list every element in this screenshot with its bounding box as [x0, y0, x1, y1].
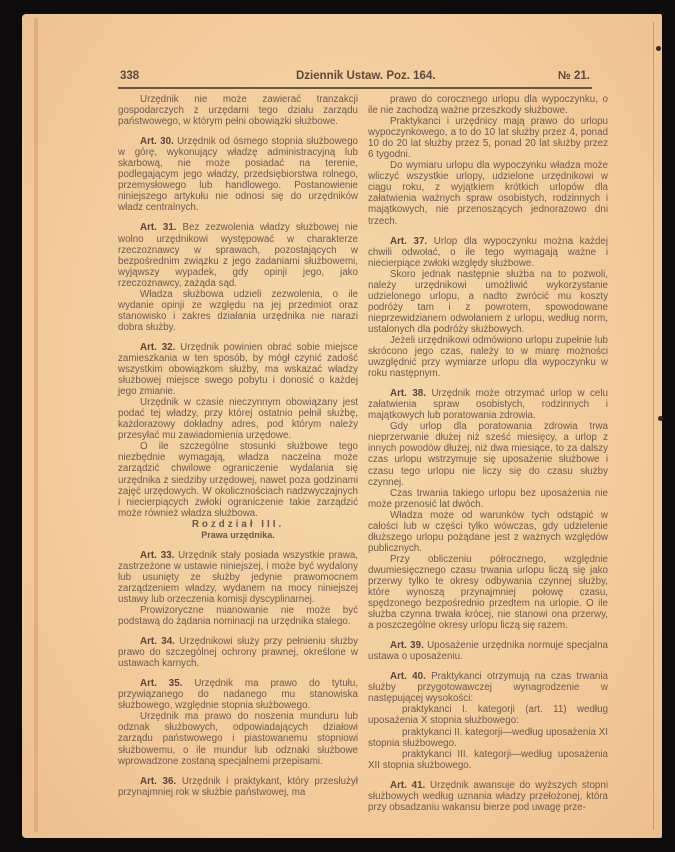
page-edge-shadow	[34, 18, 38, 832]
header-rule	[118, 87, 592, 89]
article-number: Art. 34.	[140, 636, 175, 647]
paragraph: Czas trwania takiego urlopu bez uposażen…	[368, 488, 608, 510]
article-paragraph: Art. 32. Urzędnik powinien obrać sobie m…	[118, 342, 358, 397]
issue-number: № 21.	[558, 70, 590, 82]
paragraph: Do wymiaru urlopu dla wypoczynku władza …	[368, 160, 608, 226]
article-text: Urzędnik od ósmego stopnia służbowego w …	[118, 136, 358, 213]
article-paragraph: Art. 37. Urlop dla wypoczynku można każd…	[368, 236, 608, 269]
article-number: Art. 30.	[140, 136, 174, 147]
paragraph: O ile szczególne stosunki służbowe tego …	[118, 441, 358, 518]
binding-hole-icon	[656, 46, 661, 51]
paragraph: Praktykanci i urzędnicy mają prawo do ur…	[368, 116, 608, 160]
article-paragraph: Art. 36. Urzędnik i praktykant, który pr…	[118, 776, 358, 798]
paragraph: Gdy urlop dla poratowania zdrowia trwa n…	[368, 421, 608, 487]
article-number: Art. 38.	[390, 388, 426, 399]
article-paragraph: Art. 41. Urzędnik awansuje do wyższych s…	[368, 780, 608, 813]
article-number: Art. 32.	[140, 342, 175, 353]
article-number: Art. 41.	[390, 780, 425, 791]
paragraph: Jeżeli urzędnikowi odmówiono urlopu zupe…	[368, 335, 608, 379]
right-column: prawo do corocznego urlopu dla wypoczynk…	[368, 94, 608, 813]
article-paragraph: Art. 39. Uposażenie urzędnika normuje sp…	[368, 640, 608, 662]
paragraph: prawo do corocznego urlopu dla wypoczynk…	[368, 94, 608, 116]
binding-hole-icon	[658, 416, 663, 421]
article-number: Art. 33.	[140, 550, 174, 561]
page-number: 338	[120, 70, 139, 82]
list-item: praktykanci III. kategorji—według uposaż…	[368, 749, 608, 771]
left-column: Urzędnik nie może zawierać tranzakcji go…	[118, 94, 358, 798]
article-paragraph: Art. 30. Urzędnik od ósmego stopnia służ…	[118, 136, 358, 213]
paragraph: Przy obliczeniu półrocznego, względnie d…	[368, 554, 608, 631]
paragraph: Władza może od warunków tych odstąpić w …	[368, 510, 608, 554]
article-paragraph: Art. 34. Urzędnikowi służy przy pełnieni…	[118, 636, 358, 669]
article-number: Art. 39.	[390, 640, 424, 651]
article-number: Art. 35.	[140, 678, 182, 689]
article-paragraph: Art. 31. Bez zezwolenia władzy służbowej…	[118, 222, 358, 288]
article-number: Art. 40.	[390, 671, 426, 682]
publication-title: Dziennik Ustaw. Poz. 164.	[296, 70, 436, 82]
page-fold-line	[653, 22, 654, 830]
list-item: praktykanci II. kategorji—według uposaże…	[368, 727, 608, 749]
article-number: Art. 36.	[140, 776, 176, 787]
paragraph: Władza służbowa udzieli zezwolenia, o il…	[118, 289, 358, 333]
paragraph: Prowizoryczne mianowanie nie może być po…	[118, 605, 358, 627]
article-paragraph: Art. 38. Urzędnik może otrzymać urlop w …	[368, 388, 608, 421]
paragraph: Skoro jednak następnie służba na to pozw…	[368, 269, 608, 335]
article-paragraph: Art. 33. Urzędnik stały posiada wszystki…	[118, 550, 358, 605]
article-paragraph: Art. 40. Praktykanci otrzymują na czas t…	[368, 671, 608, 704]
paragraph: Urzędnik w czasie nieczynnym obowiązany …	[118, 397, 358, 441]
article-paragraph: Art. 35. Urzędnik ma prawo do tytułu, pr…	[118, 678, 358, 711]
article-number: Art. 37.	[390, 236, 427, 247]
chapter-heading: Rozdział III.	[118, 519, 358, 530]
chapter-subtitle: Prawa urzędnika.	[118, 530, 358, 541]
article-number: Art. 31.	[140, 222, 177, 233]
running-header: 338 Dziennik Ustaw. Poz. 164. № 21.	[120, 70, 590, 84]
list-item: praktykanci I. kategorji (art. 11) wedłu…	[368, 704, 608, 726]
paragraph: Urzędnik ma prawo do noszenia munduru lu…	[118, 711, 358, 766]
paragraph: Urzędnik nie może zawierać tranzakcji go…	[118, 94, 358, 127]
